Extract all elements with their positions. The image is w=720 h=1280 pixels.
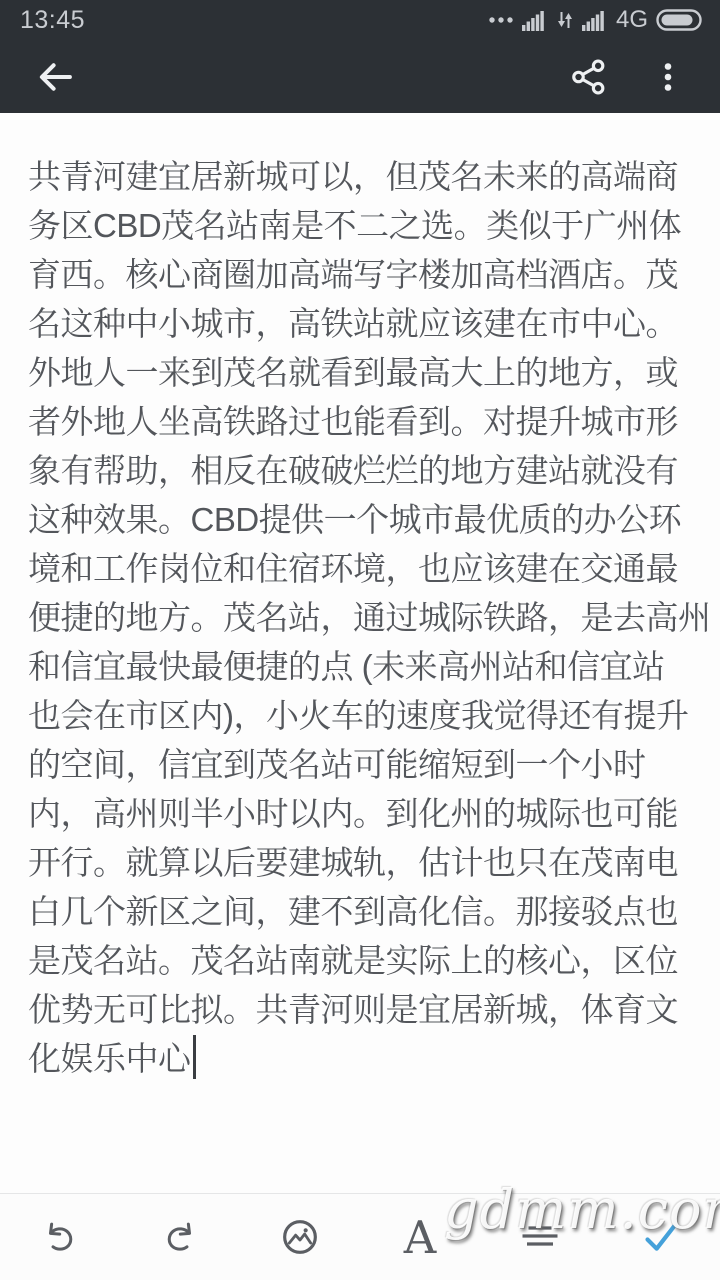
signal-strength-icon bbox=[522, 9, 548, 31]
text-line: 的空间，信宜到茂名站可能缩短到一个小时 bbox=[28, 740, 692, 789]
nav-actions bbox=[568, 56, 686, 98]
back-arrow-icon bbox=[34, 56, 76, 98]
share-button[interactable] bbox=[568, 56, 610, 98]
text-line: 也会在市区内)，小火车的速度我觉得还有提升 bbox=[28, 691, 692, 740]
redo-button[interactable] bbox=[120, 1194, 240, 1280]
align-lines-icon bbox=[519, 1223, 561, 1251]
text-content: 共青河建宜居新城可以，但茂名未来的高端商务区CBD茂名站南是不二之选。类似于广州… bbox=[28, 152, 692, 1083]
text-cursor bbox=[193, 1035, 196, 1079]
more-vert-icon bbox=[650, 59, 686, 95]
text-line: 便捷的地方。茂名站，通过城际铁路，是去高州 bbox=[28, 593, 692, 642]
font-style-button[interactable]: A bbox=[360, 1194, 480, 1280]
undo-button[interactable] bbox=[0, 1194, 120, 1280]
text-line: 者外地人坐高铁路过也能看到。对提升城市形 bbox=[28, 397, 692, 446]
confirm-button[interactable] bbox=[600, 1194, 720, 1280]
redo-icon bbox=[161, 1218, 199, 1256]
text-line: 开行。就算以后要建城轨，估计也只在茂南电 bbox=[28, 838, 692, 887]
text-line: 境和工作岗位和住宿环境，也应该建在交通最 bbox=[28, 544, 692, 593]
network-type-label: 4G bbox=[616, 6, 648, 34]
network-activity-icon bbox=[556, 9, 574, 31]
check-icon bbox=[639, 1217, 681, 1257]
bottom-toolbar: A bbox=[0, 1193, 720, 1280]
text-line: 务区CBD茂名站南是不二之选。类似于广州体 bbox=[28, 201, 692, 250]
share-icon bbox=[568, 56, 610, 98]
text-line: 内，高州则半小时以内。到化州的城际也可能 bbox=[28, 789, 692, 838]
status-bar: 13:45 4G bbox=[0, 0, 720, 40]
text-line: 白几个新区之间，建不到高化信。那接驳点也 bbox=[28, 887, 692, 936]
text-line: 外地人一来到茂名就看到最高大上的地方，或 bbox=[28, 348, 692, 397]
font-style-label: A bbox=[404, 1215, 437, 1260]
back-button[interactable] bbox=[34, 56, 76, 98]
overflow-menu-button[interactable] bbox=[650, 59, 686, 95]
insert-image-button[interactable] bbox=[240, 1194, 360, 1280]
text-line: 和信宜最快最便捷的点 (未来高州站和信宜站 bbox=[28, 642, 692, 691]
undo-icon bbox=[41, 1218, 79, 1256]
text-line: 共青河建宜居新城可以，但茂名未来的高端商 bbox=[28, 152, 692, 201]
battery-icon bbox=[656, 9, 702, 31]
status-icons: 4G bbox=[488, 6, 702, 34]
image-icon bbox=[280, 1217, 320, 1257]
text-line: 化娱乐中心 bbox=[28, 1034, 692, 1083]
text-line: 育西。核心商圈加高端写字楼加高档酒店。茂 bbox=[28, 250, 692, 299]
nav-bar bbox=[0, 40, 720, 113]
text-line: 名这种中小城市，高铁站就应该建在市中心。 bbox=[28, 299, 692, 348]
text-line: 优势无可比拟。共青河则是宜居新城，体育文 bbox=[28, 985, 692, 1034]
paragraph-align-button[interactable] bbox=[480, 1194, 600, 1280]
text-line: 这种效果。CBD提供一个城市最优质的办公环 bbox=[28, 495, 692, 544]
text-line: 是茂名站。茂名站南就是实际上的核心，区位 bbox=[28, 936, 692, 985]
text-line: 象有帮助，相反在破破烂烂的地方建站就没有 bbox=[28, 446, 692, 495]
status-time: 13:45 bbox=[20, 6, 85, 35]
signal-strength-2-icon bbox=[582, 9, 608, 31]
text-editor[interactable]: 共青河建宜居新城可以，但茂名未来的高端商务区CBD茂名站南是不二之选。类似于广州… bbox=[0, 113, 720, 1193]
more-notifications-icon bbox=[488, 15, 514, 25]
